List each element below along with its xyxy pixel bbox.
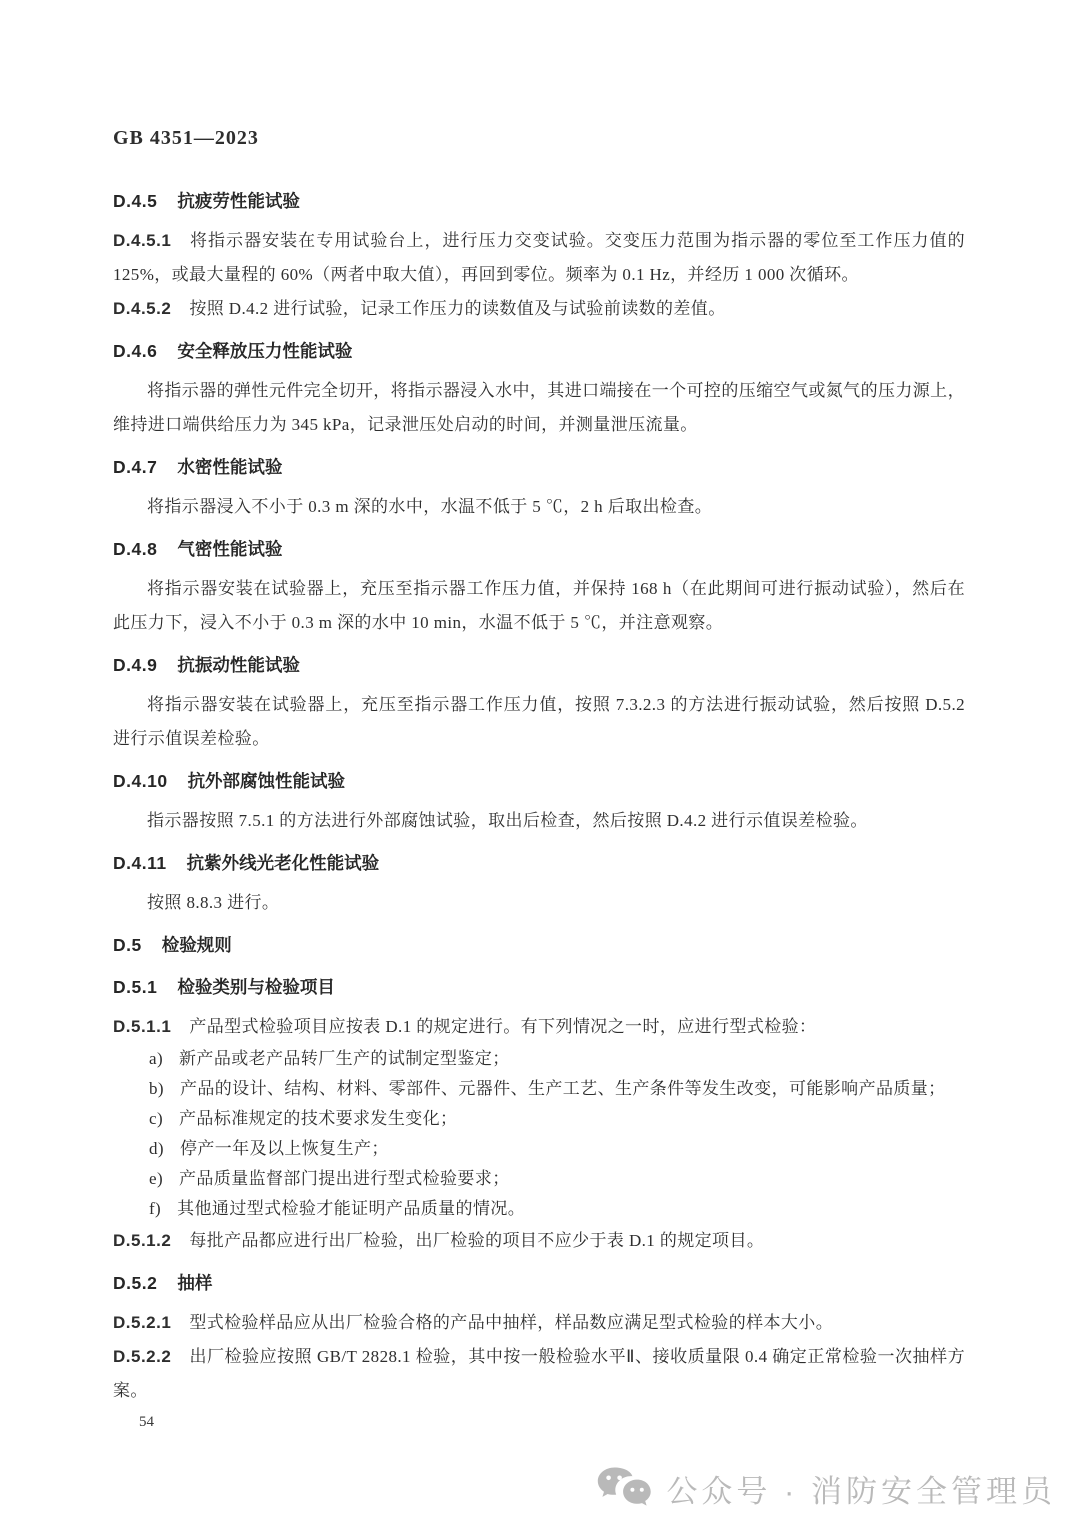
section-number: D.4.9 (113, 655, 157, 675)
page-number: 54 (139, 1414, 965, 1431)
section-title: 抗振动性能试验 (177, 655, 300, 675)
list-marker: b) (149, 1079, 164, 1098)
list-marker: d) (149, 1139, 164, 1158)
clause-number: D.5.2.1 (113, 1313, 171, 1332)
list-item-e: e)产品质量监督部门提出进行型式检验要求； (113, 1164, 965, 1194)
watermark: 公众号 · 消防安全管理员 (596, 1465, 1056, 1511)
section-number: D.5 (113, 935, 142, 955)
list-item-text: 产品标准规定的技术要求发生变化； (179, 1109, 457, 1128)
list-item-text: 产品质量监督部门提出进行型式检验要求； (179, 1169, 510, 1188)
section-heading-D.4.10: D.4.10抗外部腐蚀性能试验 (113, 764, 965, 798)
section-title: 抗疲劳性能试验 (177, 191, 300, 211)
list-item-text: 其他通过型式检验才能证明产品质量的情况。 (177, 1199, 525, 1218)
section-number: D.4.5 (113, 191, 157, 211)
body-paragraph: 按照 8.8.3 进行。 (113, 886, 965, 920)
section-heading-D.5.2: D.5.2抽样 (113, 1266, 965, 1300)
body-paragraph: 将指示器安装在试验器上，充压至指示器工作压力值，按照 7.3.2.3 的方法进行… (113, 688, 965, 756)
section-number: D.4.7 (113, 457, 157, 477)
section-number: D.4.11 (113, 853, 167, 873)
clause-paragraph-D.4.5.1: D.4.5.1将指示器安装在专用试验台上，进行压力交变试验。交变压力范围为指示器… (113, 224, 965, 292)
list-marker: e) (149, 1169, 163, 1188)
clause-paragraph-D.5.1.2: D.5.1.2每批产品都应进行出厂检验，出厂检验的项目不应少于表 D.1 的规定… (113, 1224, 965, 1258)
section-heading-D.4.8: D.4.8气密性能试验 (113, 532, 965, 566)
section-heading-D.5: D.5检验规则 (113, 928, 965, 962)
section-title: 抽样 (177, 1273, 212, 1293)
watermark-label: 公众号 · 消防安全管理员 (666, 1466, 1056, 1511)
section-heading-D.4.7: D.4.7水密性能试验 (113, 450, 965, 484)
section-number: D.5.1 (113, 977, 157, 997)
section-number: D.4.6 (113, 341, 157, 361)
section-heading-D.4.6: D.4.6安全释放压力性能试验 (113, 334, 965, 368)
clause-number: D.4.5.1 (113, 231, 171, 250)
section-heading-D.4.9: D.4.9抗振动性能试验 (113, 648, 965, 682)
section-number: D.4.10 (113, 771, 168, 791)
clause-text: 按照 D.4.2 进行试验，记录工作压力的读数值及与试验前读数的差值。 (189, 299, 725, 318)
clause-number: D.5.1.1 (113, 1017, 171, 1036)
clause-text: 产品型式检验项目应按表 D.1 的规定进行。有下列情况之一时，应进行型式检验： (189, 1017, 816, 1036)
body-paragraph: 将指示器安装在试验器上，充压至指示器工作压力值，并保持 168 h（在此期间可进… (113, 572, 965, 640)
clause-number: D.5.2.2 (113, 1347, 171, 1366)
clause-paragraph-D.5.2.1: D.5.2.1型式检验样品应从出厂检验合格的产品中抽样，样品数应满足型式检验的样… (113, 1306, 965, 1340)
list-marker: f) (149, 1199, 161, 1218)
body-paragraph: 将指示器的弹性元件完全切开，将指示器浸入水中，其进口端接在一个可控的压缩空气或氮… (113, 374, 965, 442)
clause-paragraph-D.5.2.2: D.5.2.2出厂检验应按照 GB/T 2828.1 检验，其中按一般检验水平Ⅱ… (113, 1340, 965, 1408)
list-item-text: 停产一年及以上恢复生产； (180, 1139, 389, 1158)
document-page: GB 4351—2023 D.4.5抗疲劳性能试验D.4.5.1将指示器安装在专… (0, 0, 1080, 1527)
list-marker: a) (149, 1049, 163, 1068)
list-item-f: f)其他通过型式检验才能证明产品质量的情况。 (113, 1194, 965, 1224)
section-title: 抗外部腐蚀性能试验 (188, 771, 346, 791)
document-body: D.4.5抗疲劳性能试验D.4.5.1将指示器安装在专用试验台上，进行压力交变试… (113, 184, 965, 1408)
section-heading-D.4.5: D.4.5抗疲劳性能试验 (113, 184, 965, 218)
clause-text: 出厂检验应按照 GB/T 2828.1 检验，其中按一般检验水平Ⅱ、接收质量限 … (113, 1347, 965, 1400)
section-title: 安全释放压力性能试验 (177, 341, 352, 361)
wechat-icon (596, 1465, 652, 1511)
list-item-text: 新产品或老产品转厂生产的试制定型鉴定； (179, 1049, 510, 1068)
clause-text: 型式检验样品应从出厂检验合格的产品中抽样，样品数应满足型式检验的样本大小。 (189, 1313, 833, 1332)
body-paragraph: 将指示器浸入不小于 0.3 m 深的水中，水温不低于 5 ℃，2 h 后取出检查… (113, 490, 965, 524)
section-number: D.4.8 (113, 539, 157, 559)
list-item-text: 产品的设计、结构、材料、零部件、元器件、生产工艺、生产条件等发生改变，可能影响产… (180, 1079, 946, 1098)
section-title: 检验类别与检验项目 (177, 977, 335, 997)
list-item-d: d)停产一年及以上恢复生产； (113, 1134, 965, 1164)
section-number: D.5.2 (113, 1273, 157, 1293)
list-item-a: a)新产品或老产品转厂生产的试制定型鉴定； (113, 1044, 965, 1074)
body-paragraph: 指示器按照 7.5.1 的方法进行外部腐蚀试验，取出后检查，然后按照 D.4.2… (113, 804, 965, 838)
section-title: 水密性能试验 (177, 457, 282, 477)
clause-paragraph-D.5.1.1: D.5.1.1产品型式检验项目应按表 D.1 的规定进行。有下列情况之一时，应进… (113, 1010, 965, 1044)
list-marker: c) (149, 1109, 163, 1128)
clause-number: D.5.1.2 (113, 1231, 171, 1250)
section-title: 气密性能试验 (177, 539, 282, 559)
section-title: 抗紫外线光老化性能试验 (187, 853, 380, 873)
section-heading-D.5.1: D.5.1检验类别与检验项目 (113, 970, 965, 1004)
clause-text: 每批产品都应进行出厂检验，出厂检验的项目不应少于表 D.1 的规定项目。 (189, 1231, 764, 1250)
section-title: 检验规则 (162, 935, 232, 955)
standard-number: GB 4351—2023 (113, 126, 965, 150)
list-item-b: b)产品的设计、结构、材料、零部件、元器件、生产工艺、生产条件等发生改变，可能影… (113, 1074, 965, 1104)
list-item-c: c)产品标准规定的技术要求发生变化； (113, 1104, 965, 1134)
clause-number: D.4.5.2 (113, 299, 171, 318)
clause-paragraph-D.4.5.2: D.4.5.2按照 D.4.2 进行试验，记录工作压力的读数值及与试验前读数的差… (113, 292, 965, 326)
clause-text: 将指示器安装在专用试验台上，进行压力交变试验。交变压力范围为指示器的零位至工作压… (113, 231, 965, 284)
section-heading-D.4.11: D.4.11抗紫外线光老化性能试验 (113, 846, 965, 880)
